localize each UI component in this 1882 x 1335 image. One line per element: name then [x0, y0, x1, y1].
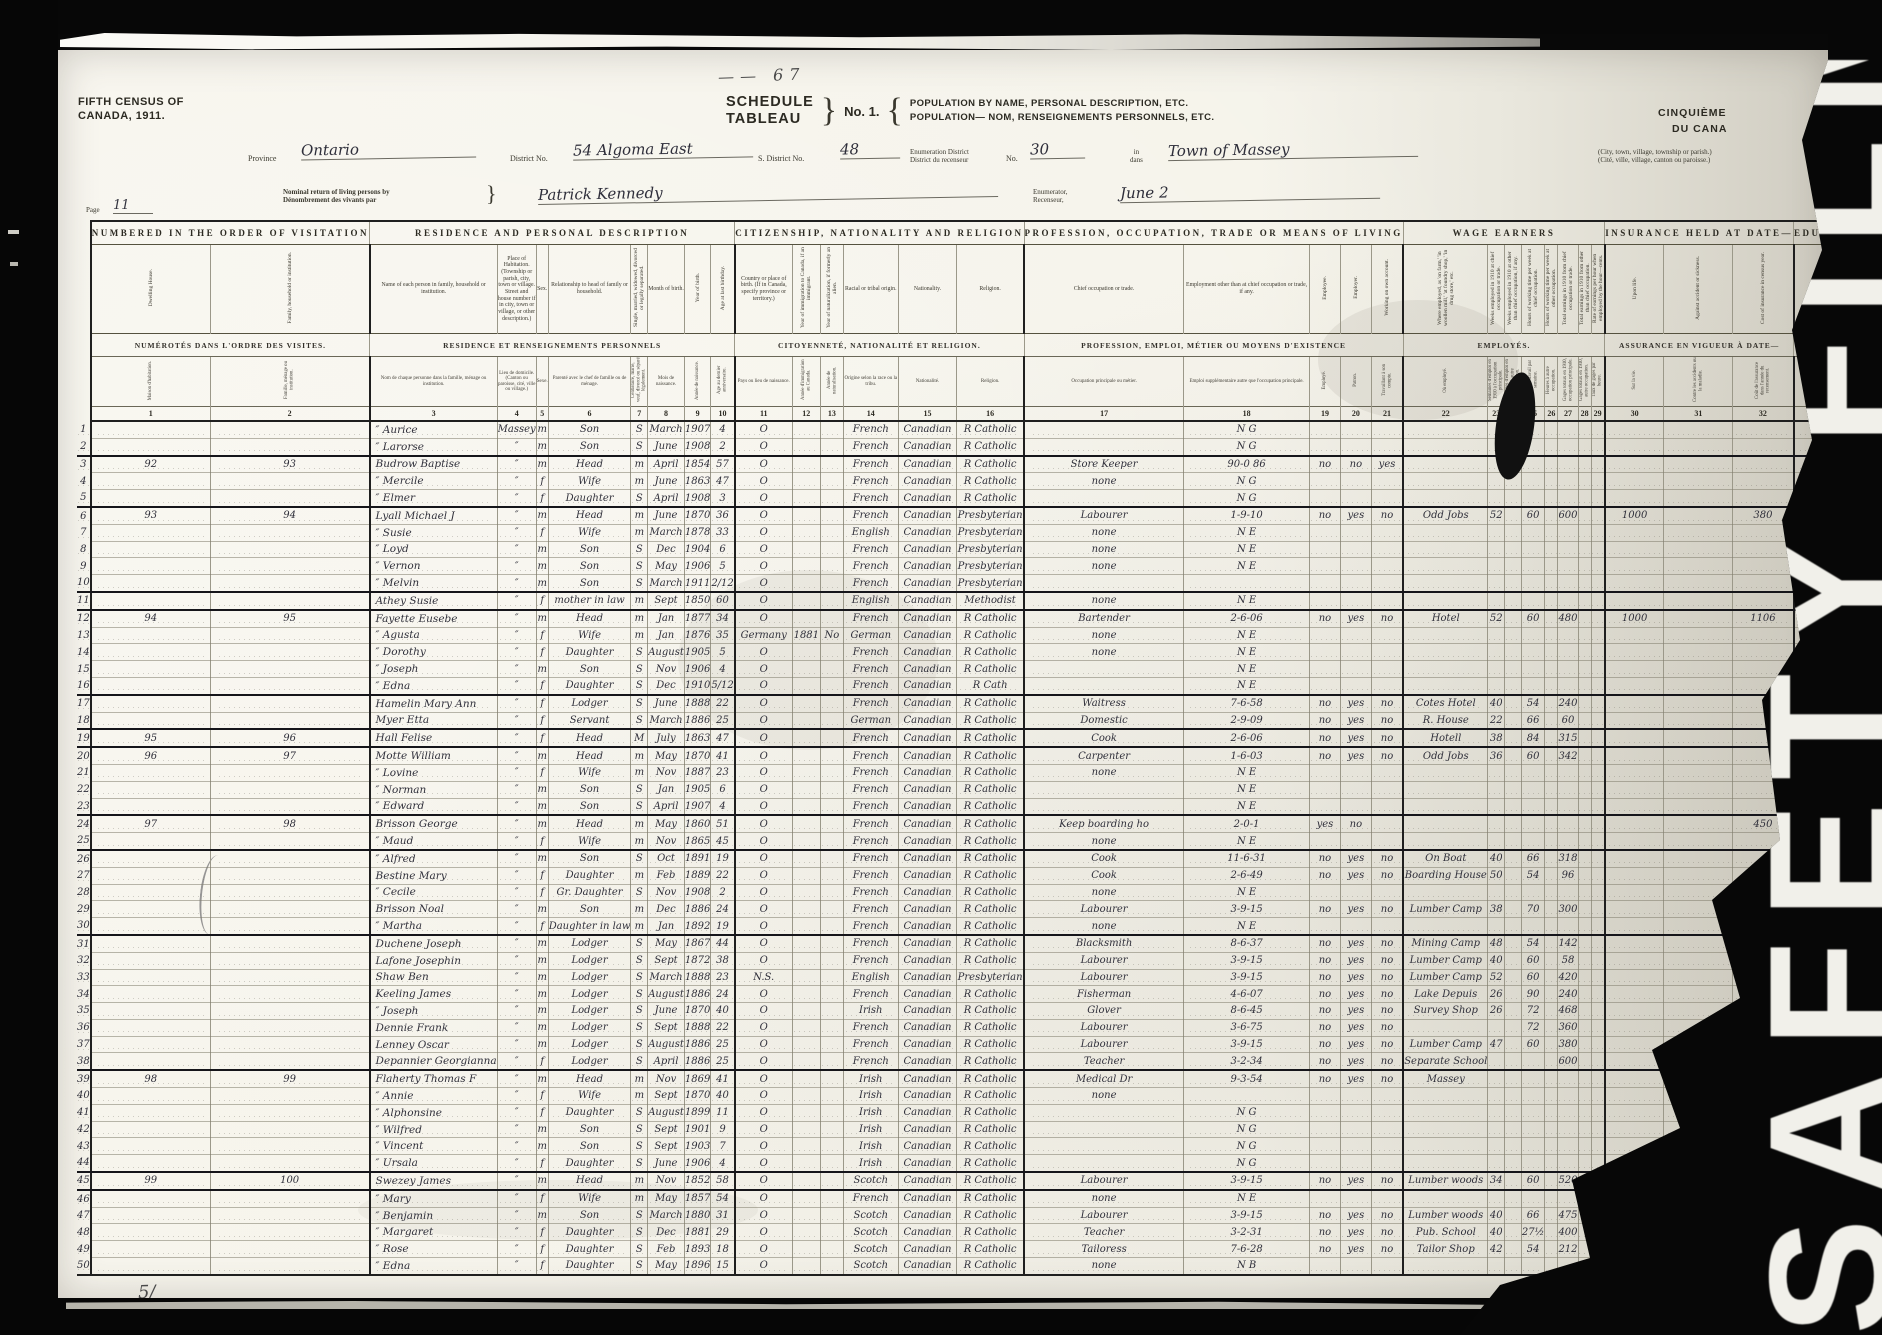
cell: N E — [1184, 918, 1310, 935]
cell: French — [843, 952, 898, 969]
cell: 8-6-45 — [1184, 1003, 1310, 1020]
district-no-value: 54 Algoma East — [573, 138, 753, 160]
cell: Pub. School — [1403, 1224, 1488, 1241]
film-scratch-mark — [10, 262, 18, 266]
cell — [1488, 524, 1505, 541]
col-header-fr-21: Travaillant à son compte. — [1371, 357, 1403, 407]
table-row: 47″ Benjamin″mSonSMarch188031OScotchCana… — [77, 1207, 1828, 1224]
cell: April — [648, 456, 685, 473]
cell — [820, 815, 843, 832]
cell: Hotell — [1403, 729, 1488, 747]
cell — [1591, 507, 1605, 524]
cell: Son — [548, 798, 631, 815]
col-number-27: 27 — [1558, 407, 1578, 422]
cell — [1309, 677, 1340, 694]
cell — [1591, 918, 1605, 935]
cell — [91, 677, 210, 694]
col-number-4: 4 — [497, 407, 536, 422]
province-value: Ontario — [301, 138, 476, 160]
col-header-10: Age at last birthday. — [711, 245, 735, 334]
cell: 40 — [711, 1088, 735, 1105]
cell: 1869 — [684, 1070, 710, 1087]
cell — [1340, 592, 1371, 610]
cell — [1591, 935, 1605, 952]
cell: ″ Mercile — [370, 473, 498, 490]
cell — [1521, 884, 1544, 901]
cell: R Catholic — [957, 473, 1024, 490]
cell: ″ Loyd — [370, 541, 498, 558]
cell — [1578, 627, 1591, 644]
cell: Canadian — [898, 524, 957, 541]
cell: m — [631, 1070, 648, 1087]
table-row: 26″ Alfred″mSonSOct189119OFrenchCanadian… — [77, 850, 1828, 867]
cell: Wife — [548, 473, 631, 490]
cell — [91, 969, 210, 986]
cell: R Catholic — [957, 986, 1024, 1003]
cell — [1605, 986, 1664, 1003]
cell: Son — [548, 575, 631, 592]
cell: French — [843, 610, 898, 627]
cell: no — [1340, 456, 1371, 473]
cell — [1578, 1155, 1591, 1172]
table-row: 11Athey Susie″fmother in lawmSept185060O… — [77, 592, 1828, 610]
cell — [1505, 661, 1522, 678]
cell — [1558, 575, 1578, 592]
schedule-heading: SCHEDULE TABLEAU } No. 1. { POPULATION B… — [726, 94, 1214, 129]
cell: 2 — [711, 884, 735, 901]
cell: ″ Joseph — [370, 1003, 498, 1020]
cell: ″ Joseph — [370, 661, 498, 678]
cell: S — [631, 490, 648, 507]
col-number-2: 2 — [210, 407, 369, 422]
cell: N G — [1184, 1138, 1310, 1155]
cell — [1664, 507, 1733, 524]
cell: 1886 — [684, 712, 710, 729]
cell — [1371, 1121, 1403, 1138]
cell: 3-6-75 — [1184, 1019, 1310, 1036]
cell: 212 — [1558, 1241, 1578, 1258]
cell — [1605, 969, 1664, 986]
cell — [1545, 661, 1558, 678]
cell — [1558, 1088, 1578, 1105]
cell — [1591, 1070, 1605, 1087]
cell — [1505, 1155, 1522, 1172]
col-number-19: 19 — [1309, 407, 1340, 422]
cell — [91, 575, 210, 592]
cell: ″ Martha — [370, 918, 498, 935]
cell: R Catholic — [957, 729, 1024, 747]
cell: m — [536, 558, 548, 575]
cell: 60 — [1558, 712, 1578, 729]
cell: yes — [1340, 507, 1371, 524]
cell — [1488, 1190, 1505, 1207]
cell: ″ — [497, 1258, 536, 1275]
cell — [1578, 712, 1591, 729]
cell — [1578, 610, 1591, 627]
cell — [1309, 421, 1340, 438]
cell: S — [631, 1258, 648, 1275]
cell: 1881 — [684, 1224, 710, 1241]
cell — [91, 661, 210, 678]
cell: Canadian — [898, 1155, 957, 1172]
line-number: 41 — [77, 1104, 91, 1121]
cell: O — [735, 815, 792, 832]
cell — [1024, 1138, 1184, 1155]
cell — [1505, 833, 1522, 850]
cell — [1505, 781, 1522, 798]
cell: French — [843, 815, 898, 832]
cell: 15 — [711, 1258, 735, 1275]
cell — [820, 677, 843, 694]
cell: Labourer — [1024, 969, 1184, 986]
cell: Tailoress — [1024, 1241, 1184, 1258]
cell — [820, 1070, 843, 1087]
cell: Canadian — [898, 918, 957, 935]
cell: m — [536, 1121, 548, 1138]
cell: French — [843, 1036, 898, 1053]
cell: R Catholic — [957, 610, 1024, 627]
cell — [1545, 1088, 1558, 1105]
cell — [1558, 627, 1578, 644]
cell: 47 — [711, 729, 735, 747]
col-header-2: Family, household or institution. — [210, 245, 369, 334]
cell — [1578, 438, 1591, 455]
cell: S — [631, 884, 648, 901]
cell: Head — [548, 1070, 631, 1087]
line-number: 34 — [77, 986, 91, 1003]
cell: no — [1309, 1207, 1340, 1224]
cell — [820, 695, 843, 712]
cell: 1893 — [684, 1241, 710, 1258]
cell: ″ Edna — [370, 677, 498, 694]
cell — [91, 764, 210, 781]
cell — [1403, 1190, 1488, 1207]
cell: ″ — [497, 677, 536, 694]
cell: ″ — [497, 644, 536, 661]
cell — [820, 712, 843, 729]
cell — [820, 1088, 843, 1105]
cell — [1371, 661, 1403, 678]
cell: 1906 — [684, 661, 710, 678]
cell — [1545, 1138, 1558, 1155]
cell — [1591, 677, 1605, 694]
cell: f — [536, 644, 548, 661]
line-number: 42 — [77, 1121, 91, 1138]
cell — [1591, 1121, 1605, 1138]
cell: Irish — [843, 1104, 898, 1121]
enumeration-district-en: Enumeration District — [910, 148, 969, 156]
cell: ″ — [497, 1155, 536, 1172]
cell: yes — [1340, 1019, 1371, 1036]
cell: R Catholic — [957, 884, 1024, 901]
cell: Presbyterian — [957, 575, 1024, 592]
cell: f — [536, 918, 548, 935]
cell: no — [1309, 1036, 1340, 1053]
cell — [1340, 1190, 1371, 1207]
cell: m — [536, 507, 548, 524]
cell — [210, 575, 369, 592]
table-row: 18Myer Etta″fServantSMarch188625OGermanC… — [77, 712, 1828, 729]
cell — [792, 421, 820, 438]
cell: f — [536, 592, 548, 610]
cell — [1578, 764, 1591, 781]
cell: ″ Agusta — [370, 627, 498, 644]
col-header-12: Year of immigration to Canada, if an imm… — [792, 245, 820, 334]
cell — [792, 833, 820, 850]
cell — [1309, 781, 1340, 798]
cell: 36 — [1488, 747, 1505, 764]
cell — [91, 490, 210, 507]
cell: ″ Ursala — [370, 1155, 498, 1172]
cell — [1521, 1155, 1544, 1172]
cell — [1545, 507, 1558, 524]
col-header-fr-8: Mois de naissance. — [648, 357, 685, 407]
col-number-18: 18 — [1184, 407, 1310, 422]
cell: Lodger — [548, 1003, 631, 1020]
cell: 72 — [1521, 1019, 1544, 1036]
cell: 600 — [1558, 1053, 1578, 1070]
cell: Labourer — [1024, 1036, 1184, 1053]
cell: Labourer — [1024, 507, 1184, 524]
cell — [91, 712, 210, 729]
cell: Canadian — [898, 815, 957, 832]
cell: no — [1371, 935, 1403, 952]
cell — [210, 867, 369, 884]
cell: none — [1024, 592, 1184, 610]
cell: S — [631, 1241, 648, 1258]
cell — [1605, 473, 1664, 490]
cell: m — [631, 524, 648, 541]
col-header-6: Relationship to head of family or househ… — [548, 245, 631, 334]
line-number: 22 — [77, 781, 91, 798]
film-edge-strip-top — [60, 33, 1540, 50]
cell — [792, 610, 820, 627]
cell — [1488, 798, 1505, 815]
cell — [1309, 918, 1340, 935]
col-header-4: Place of Habitation. (Township or parish… — [497, 245, 536, 334]
table-row: 4″ Mercile″fWifemJune186347OFrenchCanadi… — [77, 473, 1828, 490]
cell: Lumber woods — [1403, 1207, 1488, 1224]
cell: N E — [1184, 541, 1310, 558]
cell — [1558, 490, 1578, 507]
cell — [1558, 918, 1578, 935]
cell: ″ — [497, 1224, 536, 1241]
cell: 40 — [1488, 695, 1505, 712]
cell: m — [536, 456, 548, 473]
cell — [1403, 833, 1488, 850]
cell — [91, 1003, 210, 1020]
cell: Canadian — [898, 798, 957, 815]
cell: R Catholic — [957, 627, 1024, 644]
cell — [1521, 798, 1544, 815]
cell: Canadian — [898, 986, 957, 1003]
line-number: 45 — [77, 1172, 91, 1190]
cell: ″ — [497, 729, 536, 747]
enumeration-district-label: Enumeration District District du recense… — [910, 148, 969, 165]
col-number-6: 6 — [548, 407, 631, 422]
cell — [1578, 592, 1591, 610]
col-header-9: Year of birth. — [684, 245, 710, 334]
table-row: 15″ Joseph″mSonSNov19064OFrenchCanadianR… — [77, 661, 1828, 678]
cell: 25 — [711, 1036, 735, 1053]
cell: S — [631, 644, 648, 661]
cell: Canadian — [898, 1207, 957, 1224]
cell — [1545, 850, 1558, 867]
cell — [1733, 644, 1794, 661]
cell: R Catholic — [957, 661, 1024, 678]
cell — [1309, 884, 1340, 901]
enumeration-district-fr: District du recenseur — [910, 156, 969, 164]
cell: 1911 — [684, 575, 710, 592]
cell — [1605, 952, 1664, 969]
cell: Canadian — [898, 1138, 957, 1155]
table-row: 25″ Maud″fWifemNov186545OFrenchCanadianR… — [77, 833, 1828, 850]
brace-glyph: } — [821, 96, 837, 127]
cell — [210, 473, 369, 490]
cell: no — [1309, 456, 1340, 473]
cell: March — [648, 421, 685, 438]
cell — [1024, 575, 1184, 592]
cell — [1591, 558, 1605, 575]
cell: m — [536, 1003, 548, 1020]
cell — [1664, 438, 1733, 455]
cell: Canadian — [898, 884, 957, 901]
cell: 36 — [711, 507, 735, 524]
cell: ″ Edward — [370, 798, 498, 815]
enumerator-signature: Patrick Kennedy — [538, 178, 998, 205]
cell — [820, 507, 843, 524]
cell — [1371, 1258, 1403, 1275]
cell: On Boat — [1403, 850, 1488, 867]
line-number: 43 — [77, 1138, 91, 1155]
cell — [1309, 1155, 1340, 1172]
cell — [1545, 764, 1558, 781]
cell: O — [735, 1241, 792, 1258]
cell — [1505, 644, 1522, 661]
cell — [91, 558, 210, 575]
cell — [1578, 781, 1591, 798]
cell — [1733, 541, 1794, 558]
cell: 4-6-07 — [1184, 986, 1310, 1003]
cell — [1558, 541, 1578, 558]
cell — [210, 644, 369, 661]
cell — [210, 781, 369, 798]
col-number-12: 12 — [792, 407, 820, 422]
cell — [1371, 1104, 1403, 1121]
cell: Canadian — [898, 644, 957, 661]
cell — [1521, 1088, 1544, 1105]
cell: Separate School — [1403, 1053, 1488, 1070]
col-header-25: Hours of working time per week at chief … — [1521, 245, 1544, 334]
cell: no — [1371, 986, 1403, 1003]
cell: no — [1309, 1172, 1340, 1190]
cell: yes — [1340, 695, 1371, 712]
cell: April — [648, 1053, 685, 1070]
cell — [1664, 627, 1733, 644]
cell — [1733, 438, 1794, 455]
cell: O — [735, 541, 792, 558]
cell — [1371, 627, 1403, 644]
cell — [1605, 524, 1664, 541]
cell: 1870 — [684, 1003, 710, 1020]
cell — [1488, 592, 1505, 610]
cell: 99 — [210, 1070, 369, 1087]
cell: Tailor Shop — [1403, 1241, 1488, 1258]
cell — [1505, 1190, 1522, 1207]
cell — [792, 1088, 820, 1105]
cell: Son — [548, 541, 631, 558]
brace-glyph: { — [887, 96, 903, 127]
group-header-fr: CITOYENNETÉ, NATIONALITÉ ET RELIGION. — [735, 334, 1024, 357]
cell — [1488, 558, 1505, 575]
cell — [1591, 747, 1605, 764]
group-header-en: PROFESSION, OCCUPATION, TRADE OR MEANS O… — [1024, 221, 1403, 245]
cell: 1867 — [684, 935, 710, 952]
cell: ″ — [497, 1190, 536, 1207]
cell — [792, 1155, 820, 1172]
table-row: 7″ Susie″fWifemMarch187833OEnglishCanadi… — [77, 524, 1828, 541]
cell: no — [1371, 729, 1403, 747]
cell: ″ — [497, 558, 536, 575]
cell: Lodger — [548, 1053, 631, 1070]
cell: ″ Lovine — [370, 764, 498, 781]
cell: R Catholic — [957, 1036, 1024, 1053]
cell: 22 — [711, 1019, 735, 1036]
cell — [91, 421, 210, 438]
cell: 142 — [1558, 935, 1578, 952]
cell: no — [1371, 850, 1403, 867]
cell: S — [631, 541, 648, 558]
cell — [210, 438, 369, 455]
cell: 1876 — [684, 627, 710, 644]
cell: Canadian — [898, 473, 957, 490]
cell — [1605, 781, 1664, 798]
cell: 318 — [1558, 850, 1578, 867]
table-row: 37Lenney Oscar″mLodgerSAugust188625OFren… — [77, 1036, 1828, 1053]
cell: O — [735, 524, 792, 541]
cell: 3 — [711, 490, 735, 507]
cell: m — [536, 575, 548, 592]
cell: mother in law — [548, 592, 631, 610]
cell: March — [648, 969, 685, 986]
cell: ″ Aurice — [370, 421, 498, 438]
cell: 27½ — [1521, 1224, 1544, 1241]
table-row: 35″ Joseph″mLodgerSJune187040OIrishCanad… — [77, 1003, 1828, 1020]
table-row: 41″ Alphonsine″fDaughterSAugust189911OIr… — [77, 1104, 1828, 1121]
cell — [820, 473, 843, 490]
cell — [820, 592, 843, 610]
cell: 1888 — [684, 1019, 710, 1036]
cell — [1340, 1138, 1371, 1155]
cell: no — [1309, 1053, 1340, 1070]
cell: no — [1309, 712, 1340, 729]
cell — [820, 421, 843, 438]
cell: 25 — [711, 712, 735, 729]
cell — [1505, 764, 1522, 781]
cell — [792, 438, 820, 455]
cell: French — [843, 850, 898, 867]
cell: ″ Norman — [370, 781, 498, 798]
cell: N E — [1184, 833, 1310, 850]
cell: 41 — [711, 1070, 735, 1087]
cell — [91, 1190, 210, 1207]
cell — [1521, 1070, 1544, 1087]
cell: 4 — [711, 421, 735, 438]
cell — [1403, 438, 1488, 455]
cell — [1578, 1104, 1591, 1121]
cell — [1578, 798, 1591, 815]
cell: m — [536, 610, 548, 627]
